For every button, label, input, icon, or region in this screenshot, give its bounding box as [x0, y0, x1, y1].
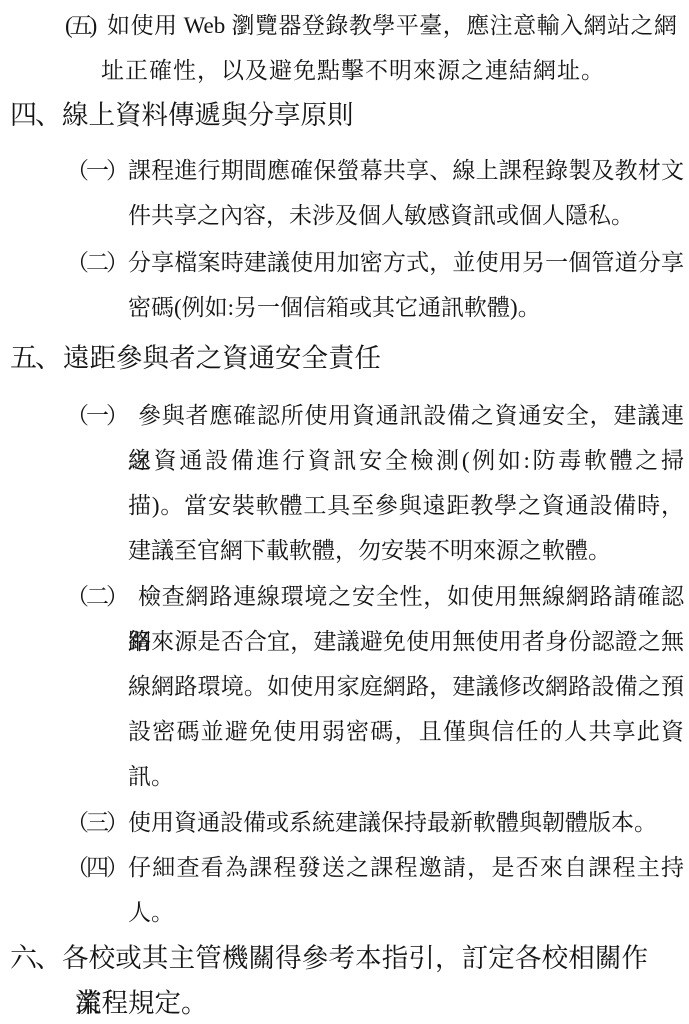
item-text: 檢查網路連線環境之安全性，如使用無線網路請確認網 路來源是否合宜，建議避免使用無…: [128, 574, 684, 799]
item-text: 參與者應確認所使用資通訊設備之資通安全，建議連線 之資通設備進行資訊安全檢測(例…: [128, 393, 684, 573]
text-line: 路來源是否合宜，建議避免使用無使用者身份認證之無: [128, 619, 684, 664]
text-line: 仔細查看為課程發送之課程邀請，是否來自課程主持: [128, 845, 684, 890]
heading-marker: 六、: [10, 936, 60, 981]
item-marker: （三）: [66, 800, 126, 845]
list-item-1: （一） 課程進行期間應確保螢幕共享、線上課程錄製及教材文 件共享之內容，未涉及個…: [66, 148, 684, 238]
list-item-3: （三） 使用資通設備或系統建議保持最新軟體與韌體版本。: [66, 800, 684, 845]
heading-text: 各校或其主管機關得參考本指引，訂定各校相關作業 流程規定。: [75, 936, 648, 1024]
section-heading-5: 五、 遠距參與者之資通安全責任: [10, 336, 680, 381]
text-line: 描)。當安裝軟體工具至參與遠距教學之資通設備時，: [128, 483, 684, 528]
text-line: 件共享之內容，未涉及個人敏感資訊或個人隱私。: [128, 193, 684, 238]
text-line: 課程進行期間應確保螢幕共享、線上課程錄製及教材文: [128, 148, 684, 193]
text-line: 人。: [128, 890, 684, 935]
item-text: 如使用 Web 瀏覽器登錄教學平臺，應注意輸入網站之網 址正確性，以及避免點擊不…: [101, 3, 677, 93]
item-marker: （四）: [66, 845, 126, 890]
text-line: 各校或其主管機關得參考本指引，訂定各校相關作業: [75, 936, 648, 981]
text-line: 遠距參與者之資通安全責任: [63, 336, 673, 381]
heading-text: 遠距參與者之資通安全責任: [63, 336, 673, 381]
item-text: 仔細查看為課程發送之課程邀請，是否來自課程主持 人。: [128, 845, 684, 935]
list-item-1: （一） 參與者應確認所使用資通訊設備之資通安全，建議連線 之資通設備進行資訊安全…: [66, 393, 684, 573]
item-marker: （一）: [66, 148, 126, 193]
text-line: 建議至官網下載軟體，勿安裝不明來源之軟體。: [128, 528, 684, 573]
list-item-2: （二） 分享檔案時建議使用加密方式，並使用另一個管道分享 密碼(例如:另一個信箱…: [66, 240, 684, 330]
item-text: 課程進行期間應確保螢幕共享、線上課程錄製及教材文 件共享之內容，未涉及個人敏感資…: [128, 148, 684, 238]
text-line: 使用資通設備或系統建議保持最新軟體與韌體版本。: [128, 800, 684, 845]
item-marker: （二）: [66, 240, 126, 285]
text-line: 設密碼並避免使用弱密碼，且僅與信任的人共享此資: [128, 709, 684, 754]
text-line: 流程規定。: [75, 981, 648, 1024]
text-line: 檢查網路連線環境之安全性，如使用無線網路請確認網: [128, 574, 684, 619]
section-heading-4: 四、 線上資料傳遞與分享原則: [10, 93, 680, 138]
item-marker: （二）: [66, 574, 126, 619]
section-heading-6: 六、 各校或其主管機關得參考本指引，訂定各校相關作業 流程規定。: [10, 936, 670, 1024]
text-line: 密碼(例如:另一個信箱或其它通訊軟體)。: [128, 285, 684, 330]
item-text: 分享檔案時建議使用加密方式，並使用另一個管道分享 密碼(例如:另一個信箱或其它通…: [128, 240, 684, 330]
heading-marker: 五、: [10, 336, 60, 381]
text-line: 之資通設備進行資訊安全檢測(例如:防毒軟體之掃: [128, 438, 684, 483]
text-line: 訊。: [128, 754, 684, 799]
item-marker: （一）: [66, 393, 126, 438]
heading-marker: 四、: [10, 93, 60, 138]
list-item-4: （四） 仔細查看為課程發送之課程邀請，是否來自課程主持 人。: [66, 845, 684, 935]
heading-text: 線上資料傳遞與分享原則: [62, 93, 672, 138]
document-page: (五) 如使用 Web 瀏覽器登錄教學平臺，應注意輸入網站之網 址正確性，以及避…: [0, 0, 689, 1024]
text-line: 參與者應確認所使用資通訊設備之資通安全，建議連線: [128, 393, 684, 438]
text-line: 線上資料傳遞與分享原則: [62, 93, 672, 138]
item-marker: (五): [65, 3, 94, 48]
text-line: 分享檔案時建議使用加密方式，並使用另一個管道分享: [128, 240, 684, 285]
list-item-5: (五) 如使用 Web 瀏覽器登錄教學平臺，應注意輸入網站之網 址正確性，以及避…: [65, 3, 679, 93]
text-line: 如使用 Web 瀏覽器登錄教學平臺，應注意輸入網站之網: [101, 3, 677, 48]
text-line: 線網路環境。如使用家庭網路，建議修改網路設備之預: [128, 664, 684, 709]
text-line: 址正確性，以及避免點擊不明來源之連結網址。: [101, 48, 677, 93]
item-text: 使用資通設備或系統建議保持最新軟體與韌體版本。: [128, 800, 684, 845]
list-item-2: （二） 檢查網路連線環境之安全性，如使用無線網路請確認網 路來源是否合宜，建議避…: [66, 574, 684, 799]
